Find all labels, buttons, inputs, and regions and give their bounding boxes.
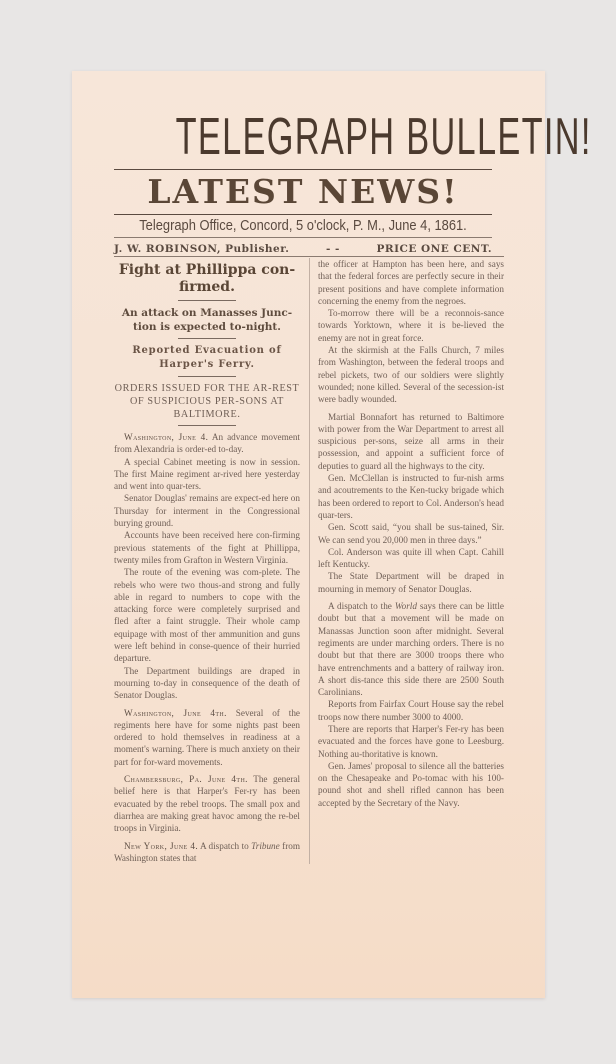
headline-baltimore-orders: ORDERS ISSUED FOR THE AR-REST OF SUSPICI… xyxy=(114,382,300,421)
article-dateline: Chambersburg, Pa. June 4th. xyxy=(124,774,248,784)
article-paragraph: Washington, June 4th. Several of the reg… xyxy=(114,707,300,768)
paragraph-text: A dispatch to the xyxy=(328,601,395,611)
article-paragraph: Gen. McClellan is instructed to fur-nish… xyxy=(318,472,504,521)
article-paragraph: Gen. James' proposal to silence all the … xyxy=(318,760,504,809)
divider xyxy=(178,300,236,301)
article-paragraph: Col. Anderson was quite ill when Capt. C… xyxy=(318,546,504,571)
bulletin-title: TELEGRAPH BULLETIN! xyxy=(176,111,431,163)
article-paragraph: The Department buildings are draped in m… xyxy=(114,665,300,702)
article-paragraph: A dispatch to the World says there can b… xyxy=(318,600,504,698)
article-paragraph: Accounts have been received here con-fir… xyxy=(114,529,300,566)
newspaper-bulletin: TELEGRAPH BULLETIN! LATEST NEWS! Telegra… xyxy=(72,71,545,998)
news-columns: Fight at Phillippa con-firmed. An attack… xyxy=(114,258,504,864)
headline-phillippa: Fight at Phillippa con-firmed. xyxy=(114,262,300,296)
article-paragraph: Martial Bonnafort has returned to Baltim… xyxy=(318,411,504,472)
article-paragraph: The route of the evening was com-plete. … xyxy=(114,566,300,664)
article-dateline: New York, June 4. xyxy=(124,841,198,851)
article-paragraph: Senator Douglas' remains are expect-ed h… xyxy=(114,492,300,529)
divider xyxy=(178,425,236,426)
article-paragraph: the officer at Hampton has been here, an… xyxy=(318,258,504,307)
newspaper-name: World xyxy=(395,601,417,611)
paragraph-text: A dispatch to xyxy=(198,841,251,851)
article-paragraph: Gen. Scott said, “you shall be sus-taine… xyxy=(318,521,504,546)
article-paragraph: At the skirmish at the Falls Church, 7 m… xyxy=(318,344,504,405)
paragraph-text: says there can be little doubt but that … xyxy=(318,601,504,697)
article-dateline: Washington, June 4th. xyxy=(124,708,227,718)
right-column: the officer at Hampton has been here, an… xyxy=(309,258,504,864)
columns-top-rule xyxy=(114,256,504,257)
newspaper-name: Tribune xyxy=(251,841,280,851)
article-paragraph: To-morrow there will be a reconnois-sanc… xyxy=(318,307,504,344)
headline-manasses: An attack on Manasses Junc-tion is expec… xyxy=(114,306,300,334)
article-paragraph: There are reports that Harper's Fer-ry h… xyxy=(318,723,504,760)
article-paragraph: The State Department will be draped in m… xyxy=(318,570,504,595)
article-paragraph: Chambersburg, Pa. June 4th. The general … xyxy=(114,773,300,834)
title-rule xyxy=(114,169,492,170)
article-paragraph: New York, June 4. A dispatch to Tribune … xyxy=(114,840,300,865)
left-column: Fight at Phillippa con-firmed. An attack… xyxy=(114,258,309,864)
headline-harpers-ferry: Reported Evacuation of Harper's Ferry. xyxy=(114,344,300,372)
latest-news-heading: LATEST NEWS! xyxy=(110,172,496,212)
divider xyxy=(178,338,236,339)
divider xyxy=(178,376,236,377)
masthead: TELEGRAPH BULLETIN! LATEST NEWS! Telegra… xyxy=(110,111,496,260)
article-paragraph: A special Cabinet meeting is now in sess… xyxy=(114,456,300,493)
article-paragraph: Washington, June 4. An advance movement … xyxy=(114,431,300,456)
article-paragraph: Reports from Fairfax Court House say the… xyxy=(318,698,504,723)
dateline: Telegraph Office, Concord, 5 o'clock, P.… xyxy=(137,215,469,237)
article-dateline: Washington, June 4. xyxy=(124,432,208,442)
